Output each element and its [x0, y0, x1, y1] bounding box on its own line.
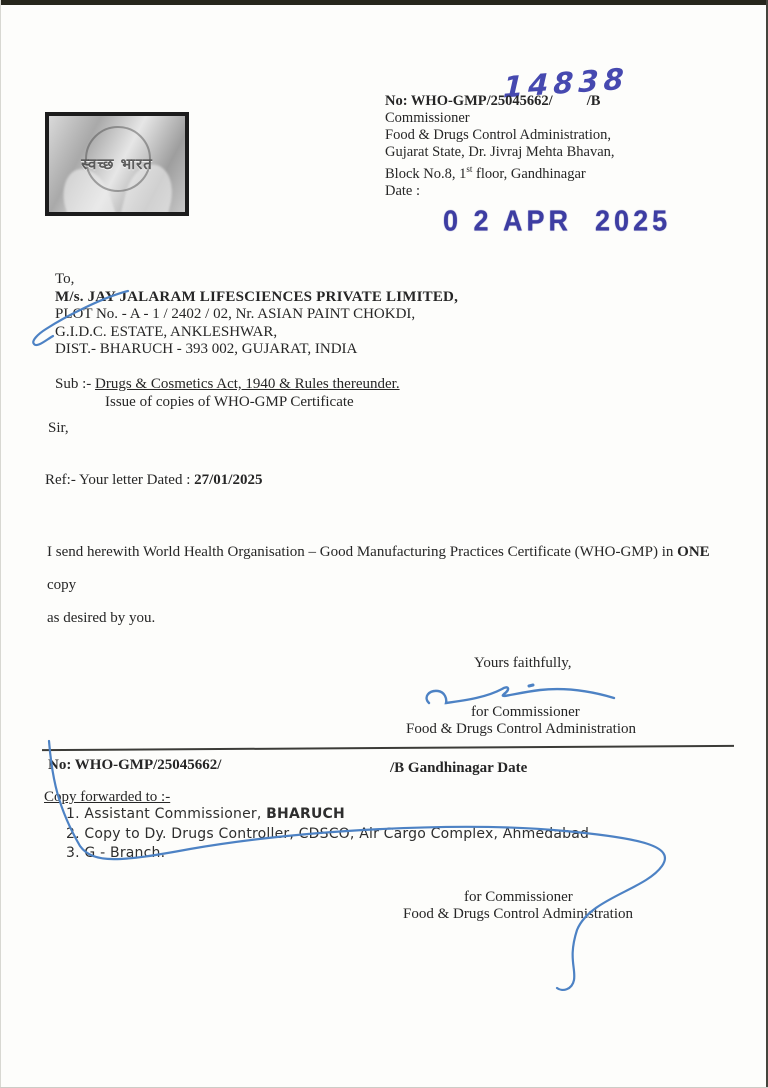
subject-block: Sub :- Drugs & Cosmetics Act, 1940 & Rul…	[55, 375, 400, 411]
list-item: 3. G - Branch.	[66, 844, 589, 864]
scan-edge-top	[0, 0, 768, 5]
header-office-line: Commissioner	[385, 110, 615, 127]
scan-edge-left	[0, 0, 1, 1088]
logo-text: स्वच्छ भारत	[49, 154, 185, 174]
letter-body: I send herewith World Health Organisatio…	[47, 536, 742, 635]
valediction: Yours faithfully,	[474, 655, 572, 672]
reference-line: Ref:- Your letter Dated : 27/01/2025	[45, 472, 262, 489]
footer-reference-line: No: WHO-GMP/25045662/ /B Gandhinagar Dat…	[48, 757, 738, 774]
header-office-line: Food & Drugs Control Administration,	[385, 127, 615, 144]
signatory-department: Food & Drugs Control Administration	[406, 721, 636, 738]
footer-signatory-department: Food & Drugs Control Administration	[403, 906, 633, 923]
swachh-bharat-logo: स्वच्छ भारत	[45, 112, 189, 216]
date-ink-stamp: 0 2 APR 2025	[443, 205, 671, 238]
footer-reference-right: /B Gandhinagar Date	[390, 760, 527, 777]
recipient-address-line: DIST.- BHARUCH - 393 002, GUJARAT, INDIA	[55, 341, 458, 359]
header-date-label: Date :	[385, 183, 615, 200]
scanned-letter-page: स्वच्छ भारत 14838 No: WHO-GMP/25045662//…	[0, 0, 768, 1088]
list-item: 2. Copy to Dy. Drugs Controller, CDSCO, …	[66, 825, 589, 845]
list-item: 1. Assistant Commissioner, BHARUCH	[66, 805, 589, 825]
subject-line-2: Issue of copies of WHO-GMP Certificate	[105, 393, 400, 411]
subject-line-1: Sub :- Drugs & Cosmetics Act, 1940 & Rul…	[55, 375, 400, 393]
footer-signatory-title: for Commissioner	[464, 889, 573, 906]
pen-flourish-stroke	[49, 741, 665, 990]
signature-stroke	[427, 687, 614, 703]
signatory-title: for Commissioner	[471, 704, 580, 721]
header-office-line: Gujarat State, Dr. Jivraj Mehta Bhavan,	[385, 144, 615, 161]
recipient-name: M/s. JAY JALARAM LIFESCIENCES PRIVATE LI…	[55, 289, 458, 307]
copy-forwarded-heading: Copy forwarded to :-	[44, 789, 170, 806]
recipient-address-line: G.I.D.C. ESTATE, ANKLESHWAR,	[55, 324, 458, 342]
sender-header-block: No: WHO-GMP/25045662//B Commissioner Foo…	[385, 93, 615, 200]
signature-dot	[529, 685, 533, 686]
greeting: Sir,	[48, 420, 69, 437]
recipient-salutation: To,	[55, 271, 458, 289]
recipient-address-block: To, M/s. JAY JALARAM LIFESCIENCES PRIVAT…	[55, 271, 458, 359]
header-office-line: Block No.8, 1st floor, Gandhinagar	[385, 161, 615, 183]
section-divider-line	[42, 745, 734, 751]
copy-forwarded-list: 1. Assistant Commissioner, BHARUCH 2. Co…	[66, 805, 589, 864]
recipient-address-line: PLOT No. - A - 1 / 2402 / 02, Nr. ASIAN …	[55, 306, 458, 324]
header-reference-number: No: WHO-GMP/25045662//B	[385, 93, 615, 110]
